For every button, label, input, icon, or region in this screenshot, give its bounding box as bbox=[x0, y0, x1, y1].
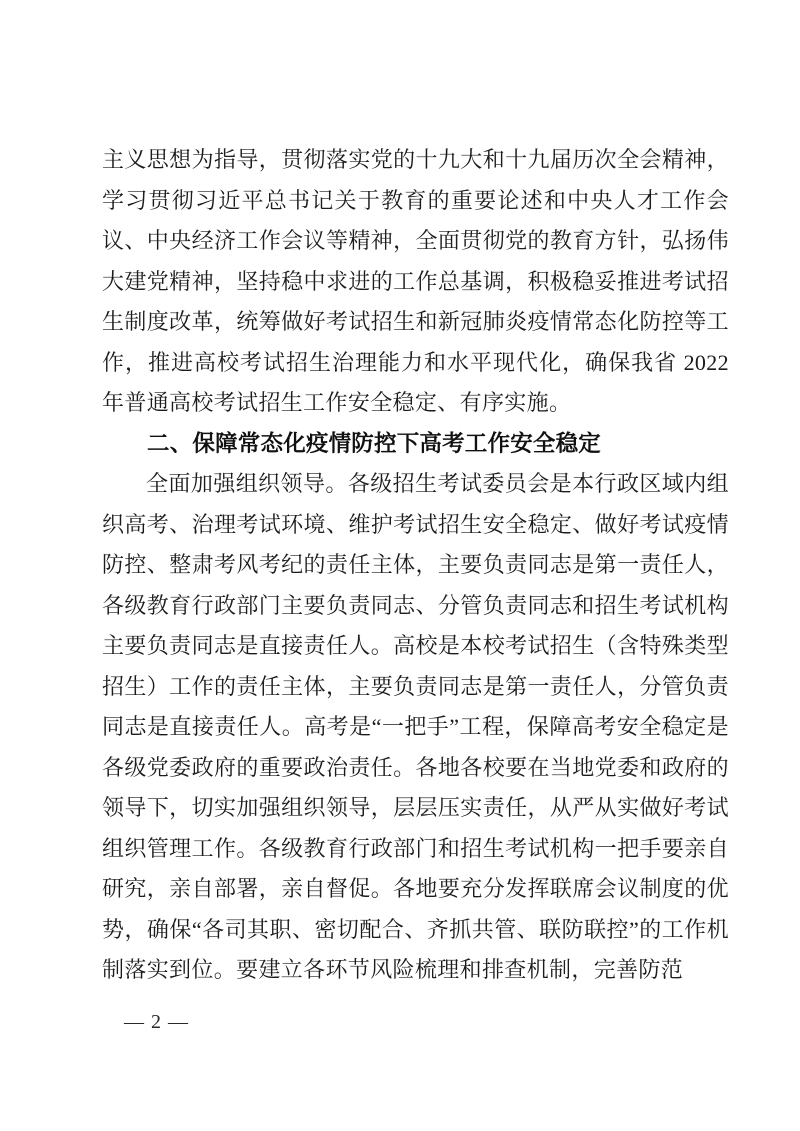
paragraph-body: 全面加强组织领导。各级招生考试委员会是本行政区域内组织高考、治理考试环境、维护考… bbox=[102, 464, 729, 991]
page-number: — 2 — bbox=[124, 1011, 189, 1033]
document-body: 主义思想为指导，贯彻落实党的十九大和十九届历次全会精神，学习贯彻习近平总书记关于… bbox=[102, 140, 729, 991]
paragraph-continuation: 主义思想为指导，贯彻落实党的十九大和十九届历次全会精神，学习贯彻习近平总书记关于… bbox=[102, 140, 729, 424]
page-footer: — 2 — bbox=[124, 1011, 189, 1034]
section-heading: 二、保障常态化疫情防控下高考工作安全稳定 bbox=[102, 424, 729, 465]
document-page: 主义思想为指导，贯彻落实党的十九大和十九届历次全会精神，学习贯彻习近平总书记关于… bbox=[0, 0, 800, 1131]
